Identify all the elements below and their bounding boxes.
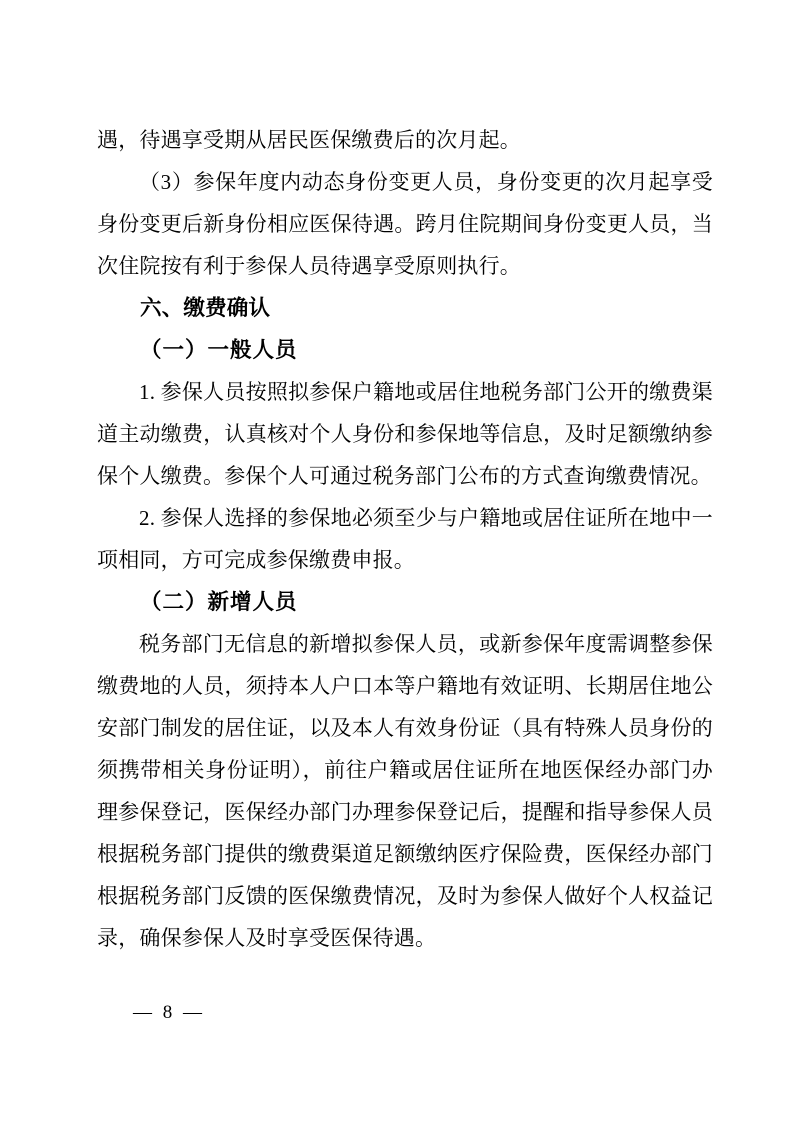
paragraph-general-personnel-2: 2. 参保人选择的参保地必须至少与户籍地或居住证所在地中一项相同，方可完成参保缴… bbox=[97, 497, 713, 581]
paragraph-identity-change: （3）参保年度内动态身份变更人员，身份变更的次月起享受身份变更后新身份相应医保待… bbox=[97, 161, 713, 287]
section-heading-payment-confirmation: 六、缴费确认 bbox=[97, 287, 713, 329]
paragraph-general-personnel-1: 1. 参保人员按照拟参保户籍地或居住地税务部门公开的缴费渠道主动缴费，认真核对个… bbox=[97, 371, 713, 497]
document-page: 遇，待遇享受期从居民医保缴费后的次月起。 （3）参保年度内动态身份变更人员，身份… bbox=[0, 0, 793, 1122]
paragraph-benefit-continuation: 遇，待遇享受期从居民医保缴费后的次月起。 bbox=[97, 119, 713, 161]
page-number: — 8 — bbox=[133, 1001, 205, 1025]
subsection-heading-general-personnel: （一）一般人员 bbox=[97, 329, 713, 371]
subsection-heading-new-personnel: （二）新增人员 bbox=[97, 581, 713, 623]
paragraph-new-personnel: 税务部门无信息的新增拟参保人员，或新参保年度需调整参保缴费地的人员，须持本人户口… bbox=[97, 623, 713, 959]
document-body: 遇，待遇享受期从居民医保缴费后的次月起。 （3）参保年度内动态身份变更人员，身份… bbox=[97, 119, 713, 959]
